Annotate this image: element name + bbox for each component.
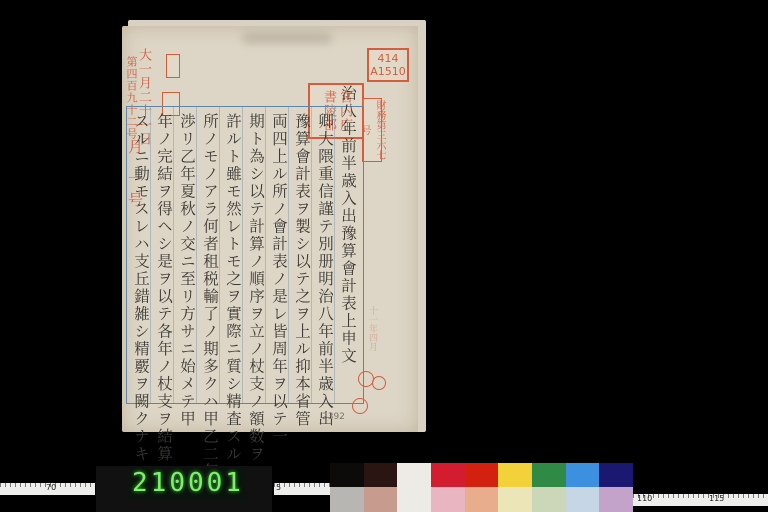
catalog-id-top: 414 <box>378 52 399 65</box>
page-number: 2392 <box>322 412 345 422</box>
swatch-pale-blue <box>566 487 600 512</box>
ruler-left: 70 <box>0 483 95 495</box>
swatch-gray <box>330 487 364 512</box>
small-round-seal <box>372 376 386 390</box>
swatch-orange-red <box>465 463 499 487</box>
finance-registry-stamp: 財務第三六七号 <box>362 98 382 162</box>
manuscript-frame: 治八年前半歳入出豫算會計表上申文 卿大隈重信謹テ別册明治八年前半歳入出 豫算會計… <box>126 106 364 404</box>
text-column-10: スルニ動モスレハ支丘錯雑シ精覈ヲ闕クナキ <box>130 113 152 463</box>
swatch-navy <box>599 463 633 487</box>
swatch-peach <box>465 487 499 512</box>
frame-counter-display: 210001 <box>130 467 246 499</box>
text-column-5: 期ト為シ以テ計算ノ順序ヲ立ノ杖支ノ額数ヲ <box>245 113 267 463</box>
swatch-pink <box>431 487 465 512</box>
ruler-label-5: 5 <box>276 483 281 492</box>
catalog-id-stamp: 414 A1510 <box>367 48 409 82</box>
ruler-right: 110 115 <box>633 494 768 506</box>
swatch-black <box>330 463 364 487</box>
text-column-9: 年ノ完結ヲ得ヘシ是ヲ以テ各年ノ杖支ヲ結算 <box>153 113 175 463</box>
text-column-6: 許ルト雖モ然レトモ之ヲ實際ニ質シ精査スル <box>222 113 244 463</box>
swatch-pale-green <box>532 487 566 512</box>
small-seal-top <box>166 54 180 78</box>
swatch-dark-brown <box>364 463 398 487</box>
text-column-3: 豫算會計表ヲ製シ以テ之ヲ上ル抑本省管 <box>291 113 313 428</box>
text-column-7: 所ノモノアラ何者租税輸了ノ期多クハ甲乙二年 <box>199 113 221 481</box>
swatch-cream <box>498 487 532 512</box>
text-column-4: 両四上ル所ノ會計表ノ是レ皆周年ヲ以テ一 <box>268 113 290 446</box>
paper-stain <box>242 32 332 44</box>
text-column-1: 治八年前半歳入出豫算會計表上申文 <box>337 85 359 365</box>
swatch-yellow <box>498 463 532 487</box>
swatch-lavender <box>599 487 633 512</box>
text-column-2: 卿大隈重信謹テ別册明治八年前半歳入出 <box>314 113 336 428</box>
swatch-rose-brown <box>364 487 398 512</box>
swatch-red <box>431 463 465 487</box>
swatch-green <box>532 463 566 487</box>
document-page: 大一月二十一日 第四百九十二号 一月 一号 414 A1510 宮内庁書陵部 財… <box>122 26 418 432</box>
catalog-id-bottom: A1510 <box>370 65 406 78</box>
swatch-white <box>397 463 431 512</box>
ruler-label-70: 70 <box>46 483 56 492</box>
ruler-label-115: 115 <box>709 494 724 503</box>
swatch-blue <box>566 463 600 487</box>
ruler-label-110: 110 <box>637 494 652 503</box>
text-column-8: 渉リ乙年夏秋ノ交ニ至リ方サニ始メテ甲 <box>176 113 198 428</box>
faded-annotation: 十一年四月 <box>366 306 379 351</box>
color-calibration-chart <box>330 463 633 512</box>
ruler-middle: 5 <box>274 483 330 495</box>
